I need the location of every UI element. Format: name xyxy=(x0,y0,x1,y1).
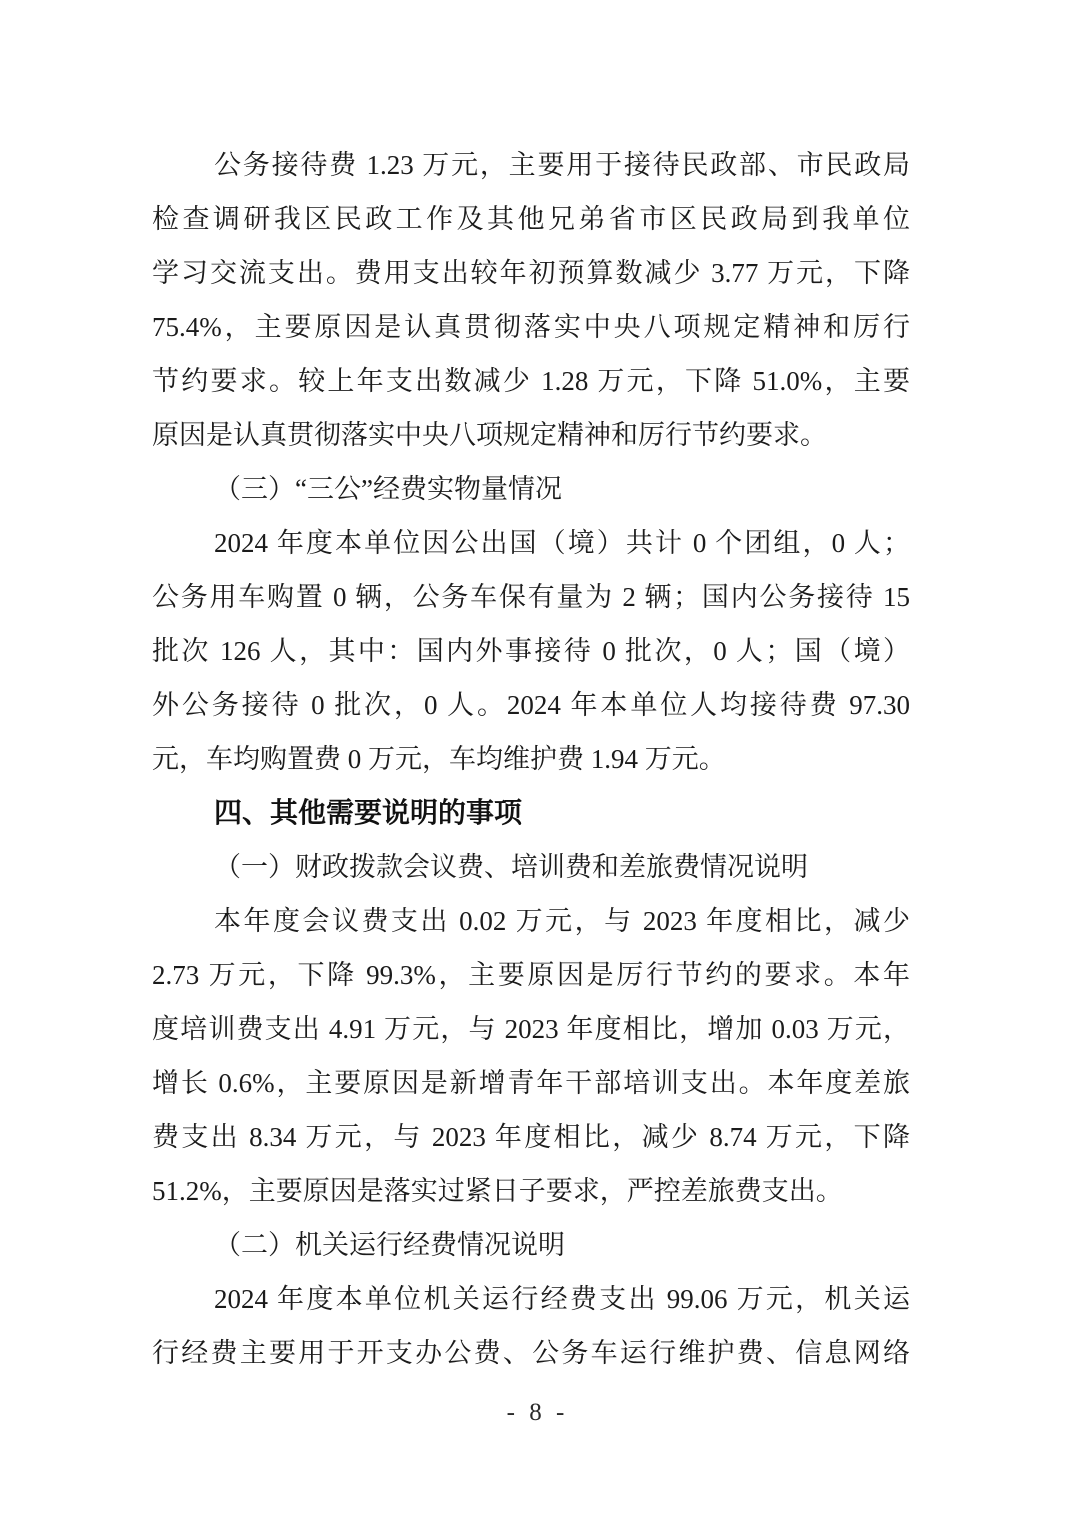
text-line: 元，车均购置费 0 万元，车均维护费 1.94 万元。 xyxy=(152,732,910,786)
page-number: - 8 - xyxy=(0,1396,1075,1430)
text-line: 51.2%，主要原因是落实过紧日子要求，严控差旅费支出。 xyxy=(152,1164,910,1218)
sub-heading-meeting-training-travel: （一）财政拨款会议费、培训费和差旅费情况说明 xyxy=(152,840,910,894)
text-line: 外公务接待 0 批次，0 人。2024 年本单位人均接待费 97.30 xyxy=(152,678,910,732)
text-line: 本年度会议费支出 0.02 万元，与 2023 年度相比，减少 xyxy=(152,894,910,948)
text-line: 75.4%，主要原因是认真贯彻落实中央八项规定精神和厉行 xyxy=(152,300,910,354)
text-line: 节约要求。较上年支出数减少 1.28 万元，下降 51.0%，主要 xyxy=(152,354,910,408)
text-line: 行经费主要用于开支办公费、公务车运行维护费、信息网络 xyxy=(152,1326,910,1380)
text-line: 费支出 8.34 万元，与 2023 年度相比，减少 8.74 万元，下降 xyxy=(152,1110,910,1164)
text-line: 批次 126 人，其中：国内外事接待 0 批次，0 人；国（境） xyxy=(152,624,910,678)
text-line: 检查调研我区民政工作及其他兄弟省市区民政局到我单位 xyxy=(152,192,910,246)
text-line: 度培训费支出 4.91 万元，与 2023 年度相比，增加 0.03 万元， xyxy=(152,1002,910,1056)
text-line: 2024 年度本单位因公出国（境）共计 0 个团组，0 人； xyxy=(152,516,910,570)
section-heading-other-matters: 四、其他需要说明的事项 xyxy=(152,786,910,840)
document-page: 公务接待费 1.23 万元，主要用于接待民政部、市民政局 检查调研我区民政工作及… xyxy=(0,0,1075,1520)
text-line: 公务用车购置 0 辆，公务车保有量为 2 辆；国内公务接待 15 xyxy=(152,570,910,624)
sub-heading-agency-operating-expense: （二）机关运行经费情况说明 xyxy=(152,1218,910,1272)
text-line: 2.73 万元，下降 99.3%，主要原因是厉行节约的要求。本年 xyxy=(152,948,910,1002)
sub-heading-three-public-physical: （三）“三公”经费实物量情况 xyxy=(152,462,910,516)
text-line: 公务接待费 1.23 万元，主要用于接待民政部、市民政局 xyxy=(152,138,910,192)
text-line: 学习交流支出。费用支出较年初预算数减少 3.77 万元，下降 xyxy=(152,246,910,300)
document-body: 公务接待费 1.23 万元，主要用于接待民政部、市民政局 检查调研我区民政工作及… xyxy=(152,138,910,1380)
text-line: 原因是认真贯彻落实中央八项规定精神和厉行节约要求。 xyxy=(152,408,910,462)
text-line: 2024 年度本单位机关运行经费支出 99.06 万元，机关运 xyxy=(152,1272,910,1326)
text-line: 增长 0.6%，主要原因是新增青年干部培训支出。本年度差旅 xyxy=(152,1056,910,1110)
